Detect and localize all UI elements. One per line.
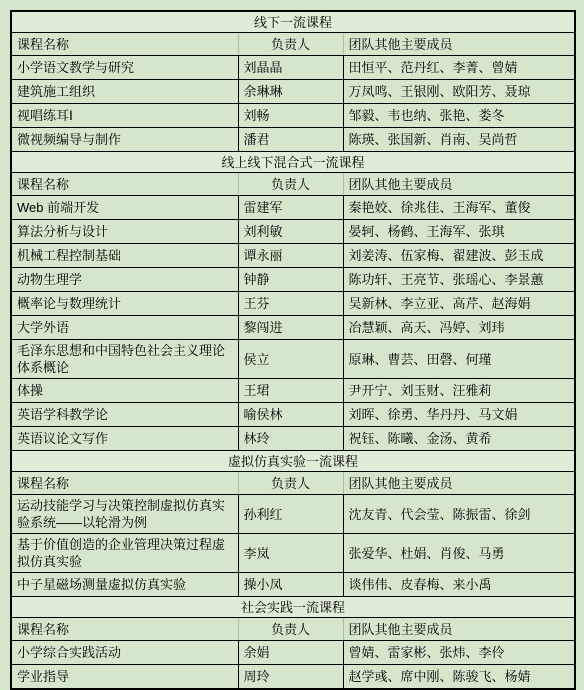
leader-cell: 余娟: [238, 641, 343, 665]
leader-cell: 刘利敏: [238, 220, 343, 244]
team-cell: 沈友青、代会莹、陈振雷、徐剑: [343, 495, 575, 534]
section-title: 社会实践一流课程: [11, 597, 575, 618]
team-cell: 尹开宁、刘玉财、汪雅莉: [343, 379, 575, 403]
course-cell: 机械工程控制基础: [11, 244, 238, 268]
leader-cell: 谭永丽: [238, 244, 343, 268]
course-table: 线下一流课程 课程名称 负责人 团队其他主要成员 小学语文教学与研究 刘晶晶 田…: [10, 10, 576, 690]
table-row: 算法分析与设计 刘利敏 晏轲、杨鹤、王海军、张琪: [11, 220, 575, 244]
leader-cell: 侯立: [238, 340, 343, 379]
leader-cell: 喻侯林: [238, 403, 343, 427]
table-row: 中子星磁场测量虚拟仿真实验 操小凤 谈伟伟、皮春梅、来小禹: [11, 573, 575, 597]
course-cell: 建筑施工组织: [11, 80, 238, 104]
column-header-team: 团队其他主要成员: [343, 173, 575, 196]
team-cell: 吴新林、李立亚、高芹、赵海娟: [343, 292, 575, 316]
course-cell: 视唱练耳Ⅰ: [11, 104, 238, 128]
table-row: 体操 王珺 尹开宁、刘玉财、汪雅莉: [11, 379, 575, 403]
leader-cell: 刘晶晶: [238, 56, 343, 80]
team-cell: 谈伟伟、皮春梅、来小禹: [343, 573, 575, 597]
table-row: 基于价值创造的企业管理决策过程虚拟仿真实验 李岚 张爱华、杜娟、肖俊、马勇: [11, 534, 575, 573]
leader-cell: 孙利红: [238, 495, 343, 534]
team-cell: 万凤鸣、王银刚、欧阳芳、聂琼: [343, 80, 575, 104]
leader-cell: 周玲: [238, 665, 343, 690]
leader-cell: 黎闯进: [238, 316, 343, 340]
team-cell: 田恒平、范丹红、李菁、曾婧: [343, 56, 575, 80]
column-header-leader: 负责人: [238, 33, 343, 56]
course-cell: 算法分析与设计: [11, 220, 238, 244]
leader-cell: 余琳琳: [238, 80, 343, 104]
table-row: 小学综合实践活动 余娟 曾婧、雷家彬、张炜、李伶: [11, 641, 575, 665]
section-title-row: 虚拟仿真实验一流课程: [11, 451, 575, 472]
table-row: Web 前端开发 雷建军 秦艳姣、徐兆佳、王海军、董俊: [11, 196, 575, 220]
table-row: 毛泽东思想和中国特色社会主义理论体系概论 侯立 原琳、曹芸、田磬、何瑾: [11, 340, 575, 379]
course-cell: 大学外语: [11, 316, 238, 340]
table-row: 小学语文教学与研究 刘晶晶 田恒平、范丹红、李菁、曾婧: [11, 56, 575, 80]
column-header-course: 课程名称: [11, 33, 238, 56]
leader-cell: 雷建军: [238, 196, 343, 220]
column-header-course: 课程名称: [11, 618, 238, 641]
course-cell: 小学综合实践活动: [11, 641, 238, 665]
column-header-leader: 负责人: [238, 173, 343, 196]
leader-cell: 操小凤: [238, 573, 343, 597]
course-cell: 毛泽东思想和中国特色社会主义理论体系概论: [11, 340, 238, 379]
document-page: 线下一流课程 课程名称 负责人 团队其他主要成员 小学语文教学与研究 刘晶晶 田…: [0, 0, 584, 669]
course-cell: 小学语文教学与研究: [11, 56, 238, 80]
course-cell: 英语学科教学论: [11, 403, 238, 427]
column-header-row: 课程名称 负责人 团队其他主要成员: [11, 173, 575, 196]
team-cell: 张爱华、杜娟、肖俊、马勇: [343, 534, 575, 573]
table-row: 学业指导 周玲 赵学彧、席中刚、陈骏飞、杨婧: [11, 665, 575, 690]
leader-cell: 林玲: [238, 427, 343, 451]
team-cell: 晏轲、杨鹤、王海军、张琪: [343, 220, 575, 244]
section-title-row: 社会实践一流课程: [11, 597, 575, 618]
table-row: 运动技能学习与决策控制虚拟仿真实验系统——以轮滑为例 孙利红 沈友青、代会莹、陈…: [11, 495, 575, 534]
section-title: 线下一流课程: [11, 11, 575, 33]
table-row: 机械工程控制基础 谭永丽 刘姜涛、伍家梅、翟建波、彭玉成: [11, 244, 575, 268]
column-header-course: 课程名称: [11, 472, 238, 495]
team-cell: 原琳、曹芸、田磬、何瑾: [343, 340, 575, 379]
team-cell: 秦艳姣、徐兆佳、王海军、董俊: [343, 196, 575, 220]
course-cell: Web 前端开发: [11, 196, 238, 220]
column-header-leader: 负责人: [238, 472, 343, 495]
leader-cell: 刘畅: [238, 104, 343, 128]
section-title-row: 线上线下混合式一流课程: [11, 152, 575, 173]
course-cell: 微视频编导与制作: [11, 128, 238, 152]
team-cell: 刘晖、徐勇、华丹丹、马文娟: [343, 403, 575, 427]
team-cell: 冶慧颖、高天、冯婷、刘玮: [343, 316, 575, 340]
column-header-row: 课程名称 负责人 团队其他主要成员: [11, 618, 575, 641]
table-row: 概率论与数理统计 王芬 吴新林、李立亚、高芹、赵海娟: [11, 292, 575, 316]
team-cell: 赵学彧、席中刚、陈骏飞、杨婧: [343, 665, 575, 690]
column-header-row: 课程名称 负责人 团队其他主要成员: [11, 33, 575, 56]
table-row: 英语学科教学论 喻侯林 刘晖、徐勇、华丹丹、马文娟: [11, 403, 575, 427]
team-cell: 祝钰、陈曦、金汤、黄希: [343, 427, 575, 451]
course-cell: 学业指导: [11, 665, 238, 690]
column-header-row: 课程名称 负责人 团队其他主要成员: [11, 472, 575, 495]
column-header-team: 团队其他主要成员: [343, 472, 575, 495]
column-header-leader: 负责人: [238, 618, 343, 641]
leader-cell: 钟静: [238, 268, 343, 292]
course-cell: 基于价值创造的企业管理决策过程虚拟仿真实验: [11, 534, 238, 573]
table-row: 动物生理学 钟静 陈功轩、王亮节、张瑶心、李景蕙: [11, 268, 575, 292]
course-cell: 体操: [11, 379, 238, 403]
column-header-team: 团队其他主要成员: [343, 618, 575, 641]
column-header-course: 课程名称: [11, 173, 238, 196]
leader-cell: 王珺: [238, 379, 343, 403]
section-title: 虚拟仿真实验一流课程: [11, 451, 575, 472]
table-row: 大学外语 黎闯进 冶慧颖、高天、冯婷、刘玮: [11, 316, 575, 340]
course-cell: 概率论与数理统计: [11, 292, 238, 316]
team-cell: 陈功轩、王亮节、张瑶心、李景蕙: [343, 268, 575, 292]
section-title-row: 线下一流课程: [11, 11, 575, 33]
table-row: 英语议论文写作 林玲 祝钰、陈曦、金汤、黄希: [11, 427, 575, 451]
leader-cell: 潘君: [238, 128, 343, 152]
team-cell: 刘姜涛、伍家梅、翟建波、彭玉成: [343, 244, 575, 268]
table-row: 微视频编导与制作 潘君 陈瑛、张国新、肖南、吴尚哲: [11, 128, 575, 152]
course-cell: 中子星磁场测量虚拟仿真实验: [11, 573, 238, 597]
course-cell: 运动技能学习与决策控制虚拟仿真实验系统——以轮滑为例: [11, 495, 238, 534]
team-cell: 曾婧、雷家彬、张炜、李伶: [343, 641, 575, 665]
table-row: 建筑施工组织 余琳琳 万凤鸣、王银刚、欧阳芳、聂琼: [11, 80, 575, 104]
course-cell: 英语议论文写作: [11, 427, 238, 451]
leader-cell: 王芬: [238, 292, 343, 316]
section-title: 线上线下混合式一流课程: [11, 152, 575, 173]
column-header-team: 团队其他主要成员: [343, 33, 575, 56]
course-cell: 动物生理学: [11, 268, 238, 292]
leader-cell: 李岚: [238, 534, 343, 573]
team-cell: 邹毅、韦也纳、张艳、娄冬: [343, 104, 575, 128]
team-cell: 陈瑛、张国新、肖南、吴尚哲: [343, 128, 575, 152]
table-row: 视唱练耳Ⅰ 刘畅 邹毅、韦也纳、张艳、娄冬: [11, 104, 575, 128]
